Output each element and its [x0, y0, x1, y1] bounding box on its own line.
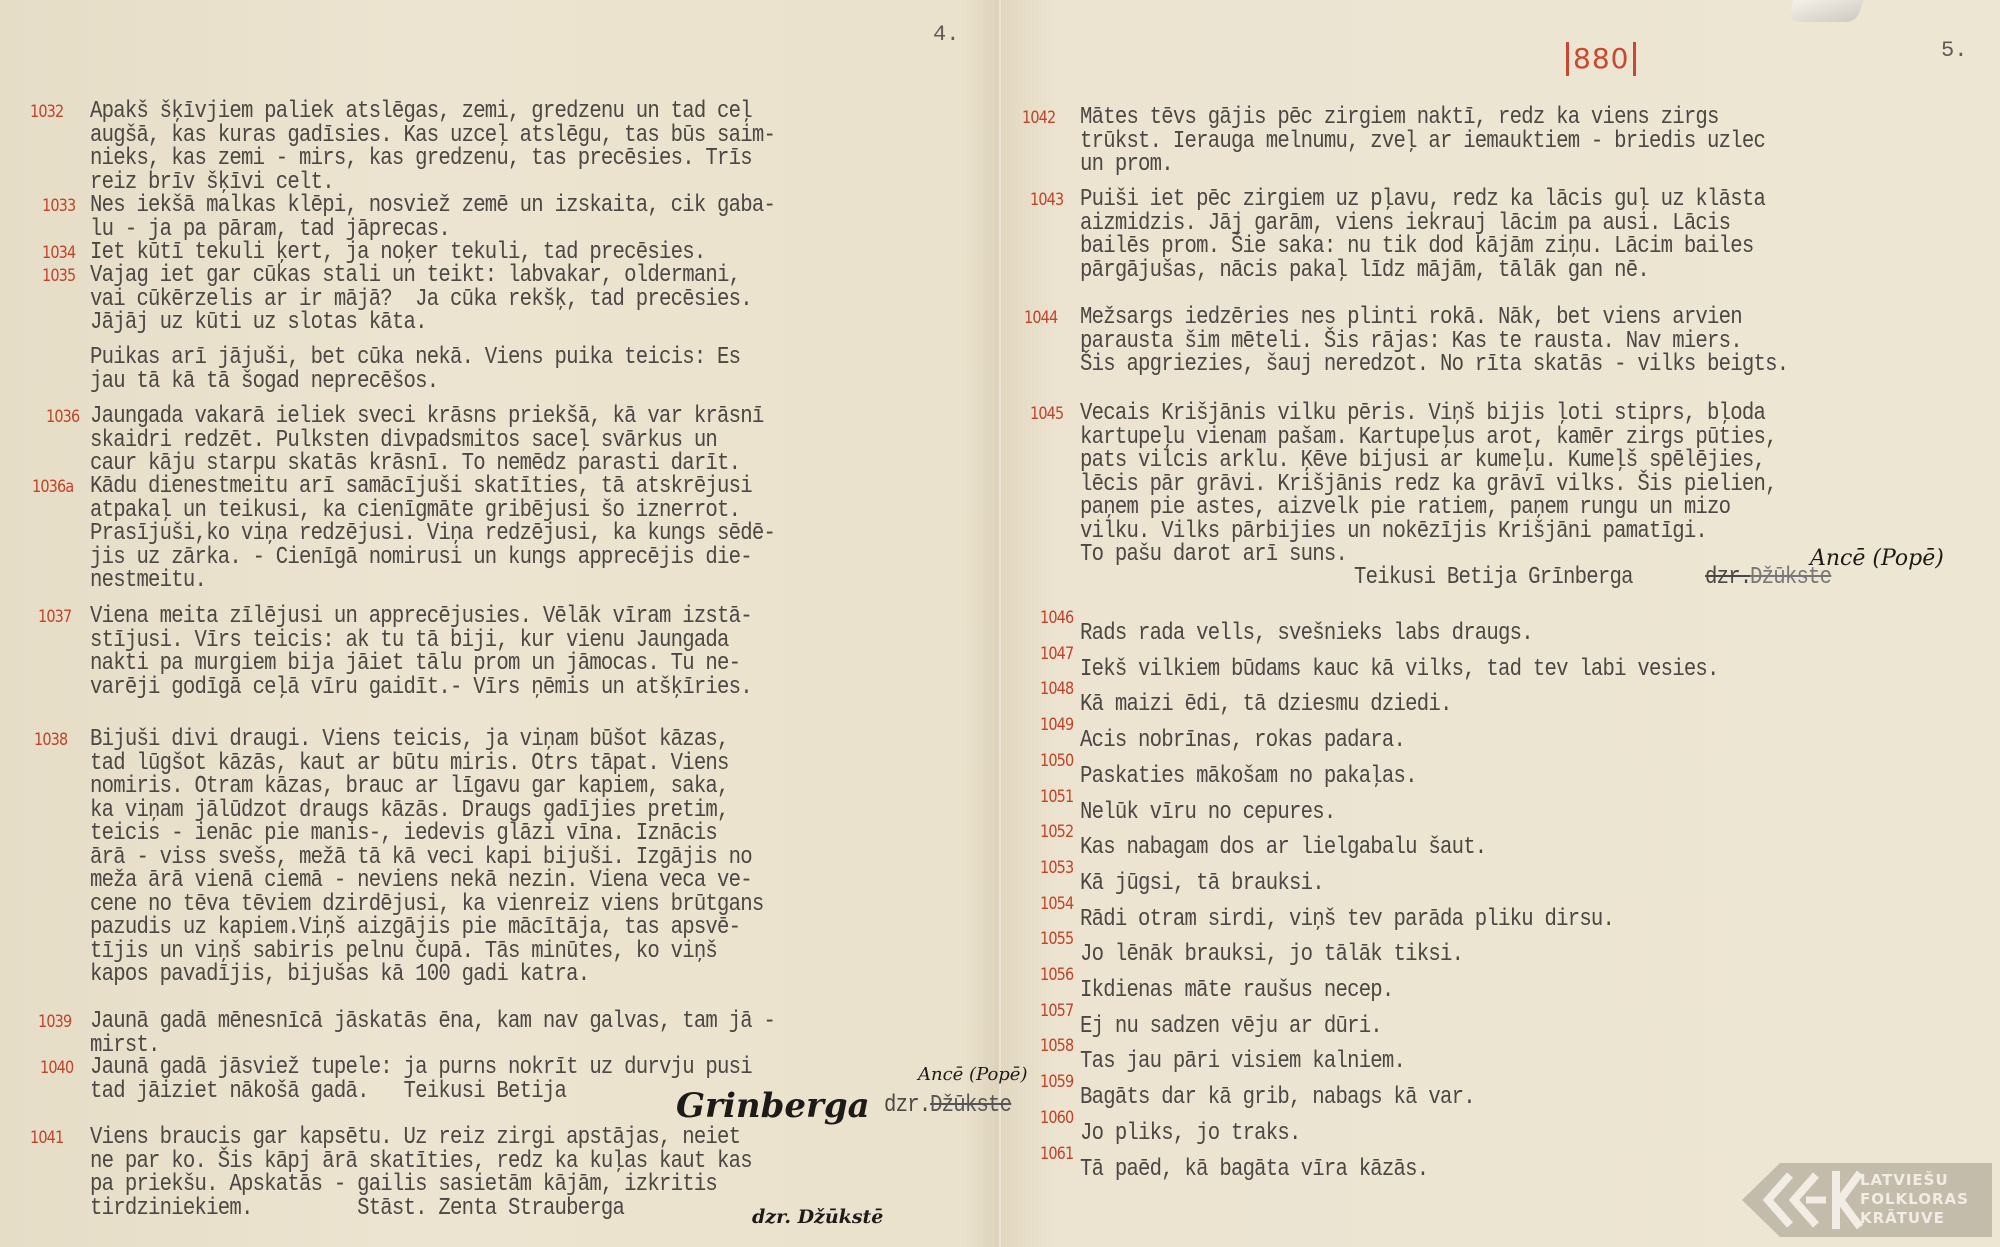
text-line: tad lūgšot kāzās, kaut ar būtu miris. Ot…: [90, 752, 764, 776]
entry: 1034Iet kūtī tekuli ķert, ja noķer tekul…: [90, 241, 806, 265]
proverb-number: 1054: [1040, 894, 1073, 914]
text-line: un prom.: [1080, 153, 1765, 177]
entry: 1036Jaungada vakarā ieliek sveci krāsns …: [90, 405, 873, 476]
text-line: ka viņam jālūdzot draugs kāzās. Draugs g…: [90, 799, 764, 823]
logo-label: LATVIEŠU FOLKLORAS KRĀTUVE: [1860, 1171, 1969, 1228]
proverb-text: Tā paēd, kā bagāta vīra kāzās.: [1080, 1158, 1428, 1182]
page-fold: [998, 0, 1002, 1247]
text-line: nestmeitu.: [90, 569, 775, 593]
entry-text: Viena meita zīlējusi un apprecējusies. V…: [90, 605, 752, 699]
proverb-number: 1061: [1040, 1144, 1073, 1164]
text-line: To pašu darot arī suns.: [1080, 543, 1777, 567]
entry-number: 1033: [42, 196, 75, 216]
proverb-text: Jo lēnāk brauksi, jo tālāk tiksi.: [1080, 943, 1463, 967]
proverb-number: 1049: [1040, 715, 1073, 735]
text-line: tad jāiziet nākošā gadā. Teikusi Betija: [90, 1080, 752, 1104]
entry: 1032Apakš šķīvjiem paliek atslēgas, zemi…: [90, 100, 887, 194]
proverb-text: Iekš vilkiem būdams kauc kā vilks, tad t…: [1080, 658, 1719, 682]
entry-text: Puikas arī jājuši, bet cūka nekā. Viens …: [90, 346, 740, 393]
text-line: bailēs prom. Šie saka: nu tik dod kājām …: [1080, 235, 1765, 259]
entry: 1037Viena meita zīlējusi un apprecējusie…: [90, 605, 860, 699]
text-line: stījusi. Vīrs teicis: ak tu tā biji, kur…: [90, 629, 752, 653]
proverb-item: 1048Kā maizi ēdi, tā dziesmu dziedi.: [1080, 693, 1512, 717]
entry: 1033Nes iekšā malkas klēpi, nosviež zemē…: [90, 194, 887, 241]
text-line: skaidri redzēt. Pulksten divpadsmitos sa…: [90, 429, 764, 453]
text-line: Mātes tēvs gājis pēc zirgiem naktī, redz…: [1080, 106, 1765, 130]
proverb-item: 1060Jo pliks, jo traks.: [1080, 1122, 1337, 1146]
struck-place-name: Džūkste: [930, 1094, 1011, 1118]
text-line: cene no tēva tēviem dzirdējusi, ka vienr…: [90, 893, 764, 917]
handwritten-place-insert: Ancē (Popē): [918, 1064, 1028, 1085]
handwritten-surname: Grinberga: [676, 1086, 870, 1126]
proverb-number: 1046: [1040, 608, 1073, 628]
text-line: Mežsargs iedzēries nes plinti rokā. Nāk,…: [1080, 306, 1788, 330]
proverb-text: Nelūk vīru no cepures.: [1080, 801, 1335, 825]
text-line: parausta šim mēteli. Šis rājas: Kas te r…: [1080, 330, 1788, 354]
text-line: teicis - ienāc pie manis-, iedevis glāzi…: [90, 822, 764, 846]
entry-number: 1042: [1022, 108, 1055, 128]
entry-text: Jaunā gadā jāsviež tupele: ja purns nokr…: [90, 1056, 752, 1103]
proverb-item: 1056Ikdienas māte raušus necep.: [1080, 979, 1445, 1003]
proverb-number: 1047: [1040, 644, 1073, 664]
torn-corner: [1786, 0, 1863, 22]
text-line: tirdziniekiem. Stāst. Zenta Strauberga: [90, 1197, 752, 1221]
proverb-text: Rads rada vells, svešnieks labs draugs.: [1080, 622, 1533, 646]
proverb-item: 1051Nelūk vīru no cepures.: [1080, 801, 1377, 825]
proverb-item: 1053Kā jūgsi, tā brauksi.: [1080, 872, 1364, 896]
proverb-item: 1049Acis nobrīnas, rokas padara.: [1080, 729, 1458, 753]
text-line: vai cūkērzelis ar ir mājā? Ja cūka rekšķ…: [90, 288, 752, 312]
text-line: trūkst. Ierauga melnumu, zveļ ar iemaukt…: [1080, 130, 1765, 154]
text-line: atpakaļ un teikusi, ka cienīgmāte gribēj…: [90, 499, 775, 523]
proverb-number: 1057: [1040, 1001, 1073, 1021]
proverb-number: 1050: [1040, 751, 1073, 771]
text-line: pats vilcis arklu. Ķēve bijusi ar kumeļu…: [1080, 449, 1777, 473]
proverb-text: Ej nu sadzen vēju ar dūri.: [1080, 1015, 1382, 1039]
text-line: augšā, kas kuras gadīsies. Kas uzceļ ats…: [90, 124, 775, 148]
text-line: Prasījuši,ko viņa redzējusi. Viņa redzēj…: [90, 522, 775, 546]
text-line: Jājāj uz kūti uz slotas kāta.: [90, 311, 752, 335]
entry-text: Jaunā gadā mēnesnīcā jāskatās ēna, kam n…: [90, 1010, 775, 1057]
proverb-text: Jo pliks, jo traks.: [1080, 1122, 1301, 1146]
entry-number: 1036a: [32, 477, 73, 497]
proverb-number: 1052: [1040, 822, 1073, 842]
entry-number: 1035: [42, 266, 75, 286]
entry-number: 1044: [1024, 308, 1057, 328]
proverb-item: 1050Paskaties mākošam no pakaļas.: [1080, 765, 1472, 789]
text-line: paņem pie astes, aizvelk pie ratiem, paņ…: [1080, 496, 1777, 520]
entry-text: Puiši iet pēc zirgiem uz pļavu, redz ka …: [1080, 188, 1765, 282]
entry-text: Nes iekšā malkas klēpi, nosviež zemē un …: [90, 194, 775, 241]
text-line: tījis un viņš sabiris pelnu čupā. Tās mi…: [90, 940, 764, 964]
text-line: jis uz zārka. - Cienīgā nomirusi un kung…: [90, 546, 775, 570]
text-line: Puikas arī jājuši, bet cūka nekā. Viens …: [90, 346, 740, 370]
signature-1045: Teikusi Betija Grīnberga: [1354, 566, 1633, 590]
entry-text: Apakš šķīvjiem paliek atslēgas, zemi, gr…: [90, 100, 775, 194]
proverb-number: 1060: [1040, 1108, 1073, 1128]
handwritten-dzr-place: dzr. Džūkstē: [752, 1206, 883, 1228]
text-line: nakti pa murgiem bija jāiet tālu prom un…: [90, 652, 752, 676]
proverb-item: 1054Rādi otram sirdi, viņš tev parāda pl…: [1080, 908, 1701, 932]
entry: 1035Vajag iet gar cūkas stali un teikt: …: [90, 264, 860, 335]
entry: 1042Mātes tēvs gājis pēc zirgiem naktī, …: [1080, 106, 1877, 177]
text-line: aizmidzis. Jāj garām, viens iekrauj lāci…: [1080, 212, 1765, 236]
proverb-item: 1047Iekš vilkiem būdams kauc kā vilks, t…: [1080, 658, 1823, 682]
entry-number: 1043: [1030, 190, 1063, 210]
text-line: Jaunā gadā mēnesnīcā jāskatās ēna, kam n…: [90, 1010, 775, 1034]
struck-dzr: dzr.: [1705, 566, 1751, 590]
text-line: Jaunā gadā jāsviež tupele: ja purns nokr…: [90, 1056, 752, 1080]
proverb-number: 1058: [1040, 1036, 1073, 1056]
proverb-number: 1059: [1040, 1072, 1073, 1092]
text-line: nieks, kas zemi - mirs, kas gredzenu, ta…: [90, 147, 775, 171]
entry-number: 1045: [1030, 404, 1063, 424]
proverb-text: Rādi otram sirdi, viņš tev parāda pliku …: [1080, 908, 1614, 932]
proverb-number: 1055: [1040, 929, 1073, 949]
text-line: jau tā kā tā šogad neprecēšos.: [90, 370, 740, 394]
text-line: pārgājušas, nācis pakaļ līdz mājām, tālā…: [1080, 259, 1765, 283]
entry-number: 1034: [42, 243, 75, 263]
entry-text: Iet kūtī tekuli ķert, ja noķer tekuli, t…: [90, 241, 705, 265]
entry-text: Mežsargs iedzēries nes plinti rokā. Nāk,…: [1080, 306, 1788, 377]
proverb-text: Acis nobrīnas, rokas padara.: [1080, 729, 1405, 753]
text-line: Viena meita zīlējusi un apprecējusies. V…: [90, 605, 752, 629]
right-page-number: 5.: [1941, 38, 1967, 63]
proverb-text: Kas nabagam dos ar lielgabalu šaut.: [1080, 836, 1486, 860]
proverb-text: Bagāts dar kā grib, nabags kā var.: [1080, 1086, 1475, 1110]
entry: 1036aKādu dienestmeitu arī samācījuši sk…: [90, 475, 887, 593]
text-line: Iet kūtī tekuli ķert, ja noķer tekuli, t…: [90, 241, 705, 265]
entry-number: 1040: [40, 1058, 73, 1078]
entry-text: Vecais Krišjānis vilku pēris. Viņš bijis…: [1080, 402, 1777, 567]
entry-text: Jaungada vakarā ieliek sveci krāsns prie…: [90, 405, 764, 476]
entry-text: Viens braucis gar kapsētu. Uz reiz zirgi…: [90, 1126, 752, 1220]
text-line: Kādu dienestmeitu arī samācījuši skatīti…: [90, 475, 775, 499]
text-line: Vajag iet gar cūkas stali un teikt: labv…: [90, 264, 752, 288]
text-line: Šis apgriezies, šauj neredzot. No rīta s…: [1080, 353, 1788, 377]
text-line: lēcis pār grāvi. Krišjānis redz ka grāvī…: [1080, 473, 1777, 497]
proverb-text: Kā maizi ēdi, tā dziesmu dziedi.: [1080, 693, 1452, 717]
proverb-item: 1057Ej nu sadzen vēju ar dūri.: [1080, 1015, 1431, 1039]
entry-number: 1038: [34, 730, 67, 750]
text-line: Nes iekšā malkas klēpi, nosviež zemē un …: [90, 194, 775, 218]
text-line: Apakš šķīvjiem paliek atslēgas, zemi, gr…: [90, 100, 775, 124]
proverb-item: 1058Tas jau pāri visiem kalniem.: [1080, 1050, 1458, 1074]
text-line: pazudis uz kapiem.Viņš aizgājis pie mācī…: [90, 916, 764, 940]
text-line: Bijuši divi draugi. Viens teicis, ja viņ…: [90, 728, 764, 752]
entry: Puikas arī jājuši, bet cūka nekā. Viens …: [90, 346, 846, 393]
entry: 1038Bijuši divi draugi. Viens teicis, ja…: [90, 728, 873, 987]
text-line: meža ārā vienā ciemā - neviens nekā nezi…: [90, 869, 764, 893]
text-line: ārā - viss svešs, mežā tā kā veci kapi b…: [90, 846, 764, 870]
entry: 1044Mežsargs iedzēries nes plinti rokā. …: [1080, 306, 1904, 377]
proverb-text: Paskaties mākošam no pakaļas.: [1080, 765, 1417, 789]
entry-number: 1032: [30, 102, 63, 122]
entry-text: Vajag iet gar cūkas stali un teikt: labv…: [90, 264, 752, 335]
entry-text: Mātes tēvs gājis pēc zirgiem naktī, redz…: [1080, 106, 1765, 177]
entry: 1041Viens braucis gar kapsētu. Uz reiz z…: [90, 1126, 860, 1220]
text-line: ne par ko. Šis kāpj ārā skatīties, redz …: [90, 1150, 752, 1174]
entry-number: 1037: [38, 607, 71, 627]
text-line: Viens braucis gar kapsētu. Uz reiz zirgi…: [90, 1126, 752, 1150]
proverb-number: 1053: [1040, 858, 1073, 878]
entry: 1043Puiši iet pēc zirgiem uz pļavu, redz…: [1080, 188, 1877, 282]
proverb-number: 1048: [1040, 679, 1073, 699]
entry-number: 1039: [38, 1012, 71, 1032]
entry-number: 1036: [46, 407, 79, 427]
lfk-logo: LATVIEŠU FOLKLORAS KRĀTUVE: [1742, 1163, 1992, 1237]
text-line: pa priekšu. Apskatās - gailis sasietām k…: [90, 1173, 752, 1197]
proverb-number: 1051: [1040, 787, 1073, 807]
handwritten-place-insert-1045: Ancē (Popē): [1810, 546, 1944, 571]
text-line: kartupeļu vienam pašam. Kartupeļus arot,…: [1080, 426, 1777, 450]
text-line: caur kāju starpu skatās krāsnī. To nemēd…: [90, 452, 764, 476]
text-line: Jaungada vakarā ieliek sveci krāsns prie…: [90, 405, 764, 429]
entry-number: 1041: [30, 1128, 63, 1148]
proverb-item: 1055Jo lēnāk brauksi, jo tālāk tiksi.: [1080, 943, 1526, 967]
proverb-number: 1056: [1040, 965, 1073, 985]
typed-dzr: dzr.: [884, 1094, 930, 1118]
proverb-text: Kā jūgsi, tā brauksi.: [1080, 872, 1324, 896]
text-line: kapos pavadījis, bijušas kā 100 gadi kat…: [90, 963, 764, 987]
text-line: vilku. Vilks pārbijies un nokēzījis Kriš…: [1080, 520, 1777, 544]
text-line: varēji godīgā ceļā vīru gaidīt.- Vīrs ņē…: [90, 676, 752, 700]
text-line: reiz brīv šķīvi celt.: [90, 171, 775, 195]
proverb-text: Ikdienas māte raušus necep.: [1080, 979, 1394, 1003]
proverb-item: 1052Kas nabagam dos ar lielgabalu šaut.: [1080, 836, 1553, 860]
proverb-item: 1046Rads rada vells, svešnieks labs drau…: [1080, 622, 1607, 646]
proverb-item: 1059Bagāts dar kā grib, nabags kā var.: [1080, 1086, 1539, 1110]
text-line: lu - ja pa pāram, tad jāprecas.: [90, 218, 775, 242]
text-line: Vecais Krišjānis vilku pēris. Viņš bijis…: [1080, 402, 1777, 426]
left-page-number: 4.: [933, 22, 959, 47]
entry: 1039Jaunā gadā mēnesnīcā jāskatās ēna, k…: [90, 1010, 887, 1057]
archive-number-stamp: 880: [1566, 42, 1636, 76]
proverb-item: 1061Tā paēd, kā bagāta vīra kāzās.: [1080, 1158, 1485, 1182]
entry-text: Kādu dienestmeitu arī samācījuši skatīti…: [90, 475, 775, 593]
entry: 1045Vecais Krišjānis vilku pēris. Viņš b…: [1080, 402, 1890, 567]
text-line: Puiši iet pēc zirgiem uz pļavu, redz ka …: [1080, 188, 1765, 212]
text-line: nomiris. Otram kāzas, brauc ar līgavu ga…: [90, 775, 764, 799]
entry-text: Bijuši divi draugi. Viens teicis, ja viņ…: [90, 728, 764, 987]
proverb-text: Tas jau pāri visiem kalniem.: [1080, 1050, 1405, 1074]
